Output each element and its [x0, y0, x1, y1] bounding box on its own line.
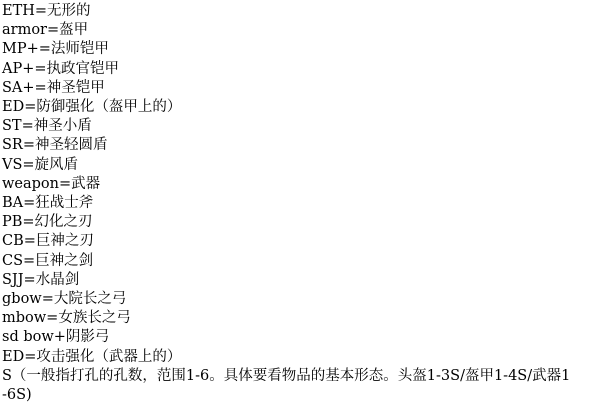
glossary-line-weapon: weapon=武器 [2, 175, 574, 194]
glossary-line-mp: MP+=法师铠甲 [2, 40, 574, 59]
glossary-line-sjj: SJJ=水晶剑 [2, 271, 574, 290]
glossary-line-ed-armor: ED=防御强化（盔甲上的） [2, 98, 574, 117]
glossary-line-sockets: S（一般指打孔的孔数，范围1-6。具体要看物品的基本形态。头盔1-3S/盔甲1-… [2, 367, 574, 405]
glossary-line-gbow: gbow=大院长之弓 [2, 290, 574, 309]
glossary-line-armor: armor=盔甲 [2, 21, 574, 40]
glossary-line-ba: BA=狂战士斧 [2, 194, 574, 213]
glossary-line-mbow: mbow=女族长之弓 [2, 309, 574, 328]
glossary-document: ETH=无形的 armor=盔甲 MP+=法师铠甲 AP+=执政官铠甲 SA+=… [2, 2, 574, 405]
glossary-line-cb: CB=巨神之刃 [2, 232, 574, 251]
glossary-line-eth: ETH=无形的 [2, 2, 574, 21]
glossary-line-sdbow: sd bow+阴影弓 [2, 328, 574, 347]
glossary-line-pb: PB=幻化之刃 [2, 213, 574, 232]
glossary-line-vs: VS=旋风盾 [2, 156, 574, 175]
glossary-line-st: ST=神圣小盾 [2, 117, 574, 136]
glossary-line-ed-weapon: ED=攻击强化（武器上的） [2, 348, 574, 367]
glossary-line-sr: SR=神圣轻圆盾 [2, 136, 574, 155]
glossary-line-cs: CS=巨神之剑 [2, 252, 574, 271]
glossary-line-ap: AP+=执政官铠甲 [2, 60, 574, 79]
glossary-line-sa: SA+=神圣铠甲 [2, 79, 574, 98]
